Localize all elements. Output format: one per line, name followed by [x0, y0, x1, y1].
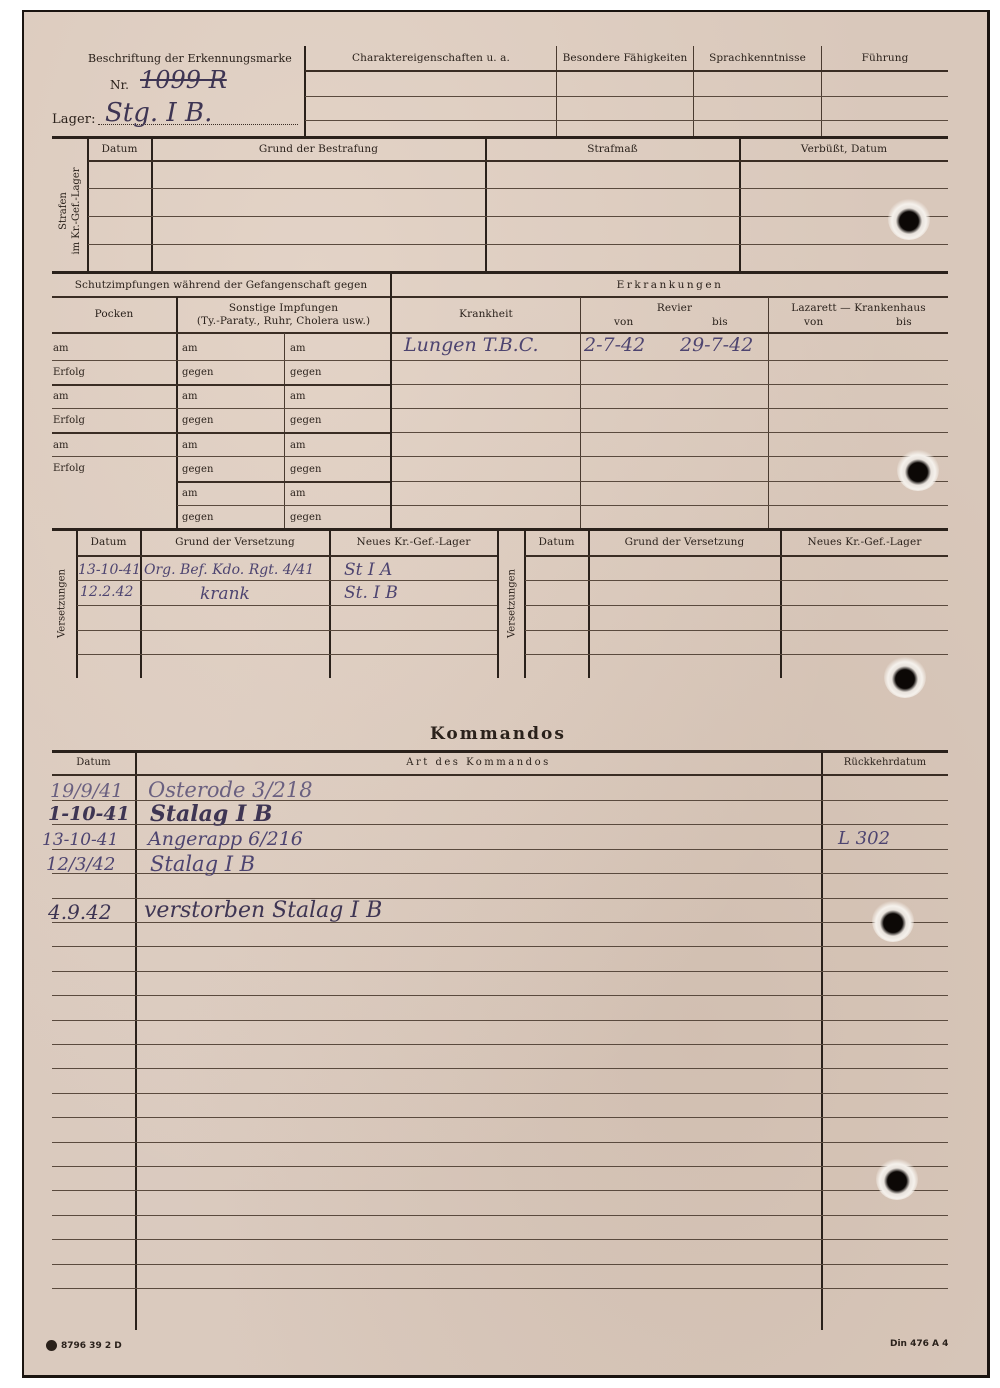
nr-value: 1099 R — [140, 66, 227, 94]
kommando-row1-datum: 19/9/41 — [50, 780, 123, 802]
lager-label: Lager: — [52, 112, 96, 127]
lazarett-bis: bis — [896, 316, 912, 328]
punch-hole — [897, 449, 939, 491]
revier-bis-value: 29-7-42 — [680, 334, 753, 356]
pocken-am-2: am — [53, 391, 69, 402]
versetzungen-side-label-left: Versetzungen — [57, 564, 68, 644]
kommando-row3-art: Angerapp 6/216 — [148, 828, 303, 850]
din-format: Din 476 A 4 — [890, 1339, 948, 1349]
vers-row2-grund: krank — [200, 584, 250, 604]
vers-row1-datum: 13-10-41 — [78, 562, 141, 578]
erkennungsmarke-label: Beschriftung der Erkennungsmarke — [88, 52, 292, 65]
nr-label: Nr. — [110, 78, 129, 92]
kommandos-title: Kommandos — [430, 724, 566, 744]
sonstige-label: Sonstige Impfungen — [177, 302, 390, 314]
punch-hole — [884, 656, 926, 698]
lazarett-von: von — [804, 316, 823, 328]
strafen-col-verbuesst: Verbüßt, Datum — [740, 143, 948, 155]
lazarett-label: Lazarett — Krankenhaus — [769, 302, 948, 314]
kommando-row3-rueckkehr: L 302 — [838, 828, 890, 849]
sonstige-sub: (Ty.-Paraty., Ruhr, Cholera usw.) — [177, 315, 390, 327]
kommando-row2-datum: 1-10-41 — [48, 803, 130, 825]
pocken-erfolg-2: Erfolg — [53, 415, 85, 426]
vers-left-col-datum: Datum — [77, 536, 140, 548]
punch-hole — [876, 1158, 918, 1200]
pocken-am-1: am — [53, 343, 69, 354]
kommando-row2-art: Stalag I B — [150, 801, 273, 827]
revier-von-value: 2-7-42 — [584, 334, 645, 356]
strafen-col-strafmass: Strafmaß — [486, 143, 739, 155]
col-sprachen: Sprachkenntnisse — [694, 52, 821, 64]
kommando-row3-datum: 13-10-41 — [42, 830, 118, 850]
printer-logo-icon — [46, 1340, 57, 1351]
vers-right-col-grund: Grund der Versetzung — [589, 536, 780, 548]
vers-right-col-datum: Datum — [525, 536, 588, 548]
kommando-row4-art: Stalag I B — [150, 852, 255, 876]
vers-left-col-lager: Neues Kr.-Gef.-Lager — [330, 536, 497, 548]
strafen-col-datum: Datum — [88, 143, 151, 155]
vers-row2-lager: St. I B — [344, 583, 398, 603]
kommando-row1-art: Osterode 3/218 — [148, 778, 313, 802]
impfungen-title: Schutzimpfungen während der Gefangenscha… — [52, 279, 390, 291]
vers-row1-grund: Org. Bef. Kdo. Rgt. 4/41 — [144, 562, 314, 578]
lager-value: Stg. I B. — [105, 98, 212, 128]
strafen-col-grund: Grund der Bestrafung — [152, 143, 485, 155]
kommandos-col-art: Art des Kommandos — [136, 757, 821, 768]
kommandos-col-rueckkehr: Rückkehrdatum — [822, 757, 948, 768]
vers-row1-lager: St I A — [344, 560, 392, 580]
pocken-erfolg-1: Erfolg — [53, 367, 85, 378]
pocken-erfolg-3: Erfolg — [53, 463, 85, 474]
pocken-am-3: am — [53, 440, 69, 451]
versetzungen-side-label-right: Versetzungen — [507, 564, 518, 644]
punch-hole — [888, 198, 930, 240]
col-fuehrung: Führung — [822, 52, 948, 64]
strafen-side-label: Strafen im Kr.-Gef.-Lager — [57, 156, 83, 266]
vers-left-col-grund: Grund der Versetzung — [141, 536, 329, 548]
vers-right-col-lager: Neues Kr.-Gef.-Lager — [781, 536, 948, 548]
kommando-row6-art: verstorben Stalag I B — [144, 898, 382, 923]
col-charakter: Charaktereigenschaften u. a. — [306, 52, 556, 64]
krankheit-label: Krankheit — [392, 308, 580, 320]
print-code: 8796 39 2 D — [46, 1340, 122, 1351]
col-faehigkeiten: Besondere Fähigkeiten — [557, 52, 693, 64]
punch-hole — [872, 900, 914, 942]
kommandos-col-datum: Datum — [52, 757, 135, 768]
revier-bis: bis — [712, 316, 728, 328]
kommando-row4-datum: 12/3/42 — [46, 854, 115, 875]
krankheit-value: Lungen T.B.C. — [404, 334, 539, 356]
vers-row2-datum: 12.2.42 — [80, 584, 133, 600]
erkrankungen-title: Erkrankungen — [392, 279, 948, 291]
kommando-row6-datum: 4.9.42 — [48, 900, 112, 924]
revier-von: von — [614, 316, 633, 328]
revier-label: Revier — [581, 302, 768, 314]
pocken-label: Pocken — [52, 308, 176, 320]
